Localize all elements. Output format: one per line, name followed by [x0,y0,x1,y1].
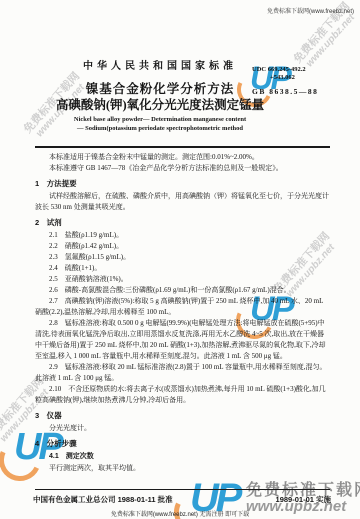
reagent-item: 2.3 氢氟酸(ρ1.15 g/mL)。 [35,252,331,263]
header-divider [35,146,330,148]
document-body: 本标准适用于镍基合金粉末中锰量的测定。测定范围:0.01%~2.00%。 本标准… [35,152,331,474]
effective-date: 1989-01-01 实施 [276,494,331,505]
reagent-item: 2.7 高碘酸钠(钾)溶液(5%):称取 5 g 高碘酸钠(钾)置于 250 m… [35,296,331,318]
title-en-line2: — Sodium(potassium periodate spectrophot… [35,125,285,132]
section-1-text: 试样经酸溶解后，在硫酸、磷酸介质中，用高碘酸钠（钾）将锰氧化至七价，于分光光度计… [35,191,331,213]
scope-paragraph: 本标准适用于镍基合金粉末中锰量的测定。测定范围:0.01%~2.00%。 [35,152,331,163]
section-2-heading: 2 试剂 [35,217,331,228]
approval-text: 中国有色金属工业总公司 1988-01-11 批准 [33,494,173,505]
section-4-heading: 4 分析步骤 [35,438,331,449]
reagent-item: 2.4 硫酸(1+1)。 [35,263,331,274]
reagent-item: 2.2 硝酸(ρ1.42 g/mL)。 [35,241,331,252]
scope-paragraph: 本标准遵守 GB 1467—78《冶金产品化学分析方法标准的总则及一般规定》。 [35,163,331,174]
section-1-heading: 1 方法提要 [35,178,331,189]
reagent-item: 2.10 不含还原物质的水:将去离子水(或蒸馏水)加热煮沸,每升用 10 mL … [35,384,331,406]
title-cn-line2: 高碘酸钠(钾)氧化分光光度法测定锰量 [35,95,285,113]
scanned-standard-page: 免费标准下载网 www.upbz.net 免费标准下载网 www.upbz.ne… [0,0,360,519]
reagent-item: 2.9 锰标准溶液:移取 20 mL 锰标准溶液(2.8)置于 100 mL 容… [35,362,331,384]
reagent-item: 2.5 亚硝酸钠溶液(1%)。 [35,274,331,285]
bottom-site-note: 免费标准下载网(www.freebz.net) 无需注册 即可下载 [0,509,360,518]
reagent-item: 2.1 盐酸(ρ1.19 g/mL)。 [35,230,331,241]
section-3-heading: 3 仪器 [35,410,331,421]
section-3-text: 分光光度计。 [35,423,331,434]
footer-divider [35,489,330,490]
reagent-item: 2.6 磷酸-高氯酸混合酸:三份磷酸(ρ1.69 g/mL)和一份高氯酸(ρ1.… [35,285,331,296]
title-en-line1: Nickel base alloy powder— Determination … [35,116,285,123]
standard-number: GB 8638.5—88 [252,88,318,96]
section-4-1-heading: 4.1 测定次数 [35,451,331,462]
udc-number: UDC 669.245-492.2 [252,66,318,74]
section-4-1-text: 平行测定两次，取其平均值。 [35,463,331,474]
udc-number-cont: +543.062 [252,74,318,82]
top-site-note: 免费标准下载网(www.freebz.net) [267,6,354,15]
udc-block: UDC 669.245-492.2 +543.062 GB 8638.5—88 [252,66,318,96]
footer: 中国有色金属工业总公司 1988-01-11 批准 1989-01-01 实施 [33,494,331,505]
national-standard-label: 中华人民共和国国家标准 [35,57,285,72]
reagent-item: 2.8 锰标准溶液:称取 0.500 0 g 电解锰(99.9%)(电解锰处理方… [35,318,331,362]
